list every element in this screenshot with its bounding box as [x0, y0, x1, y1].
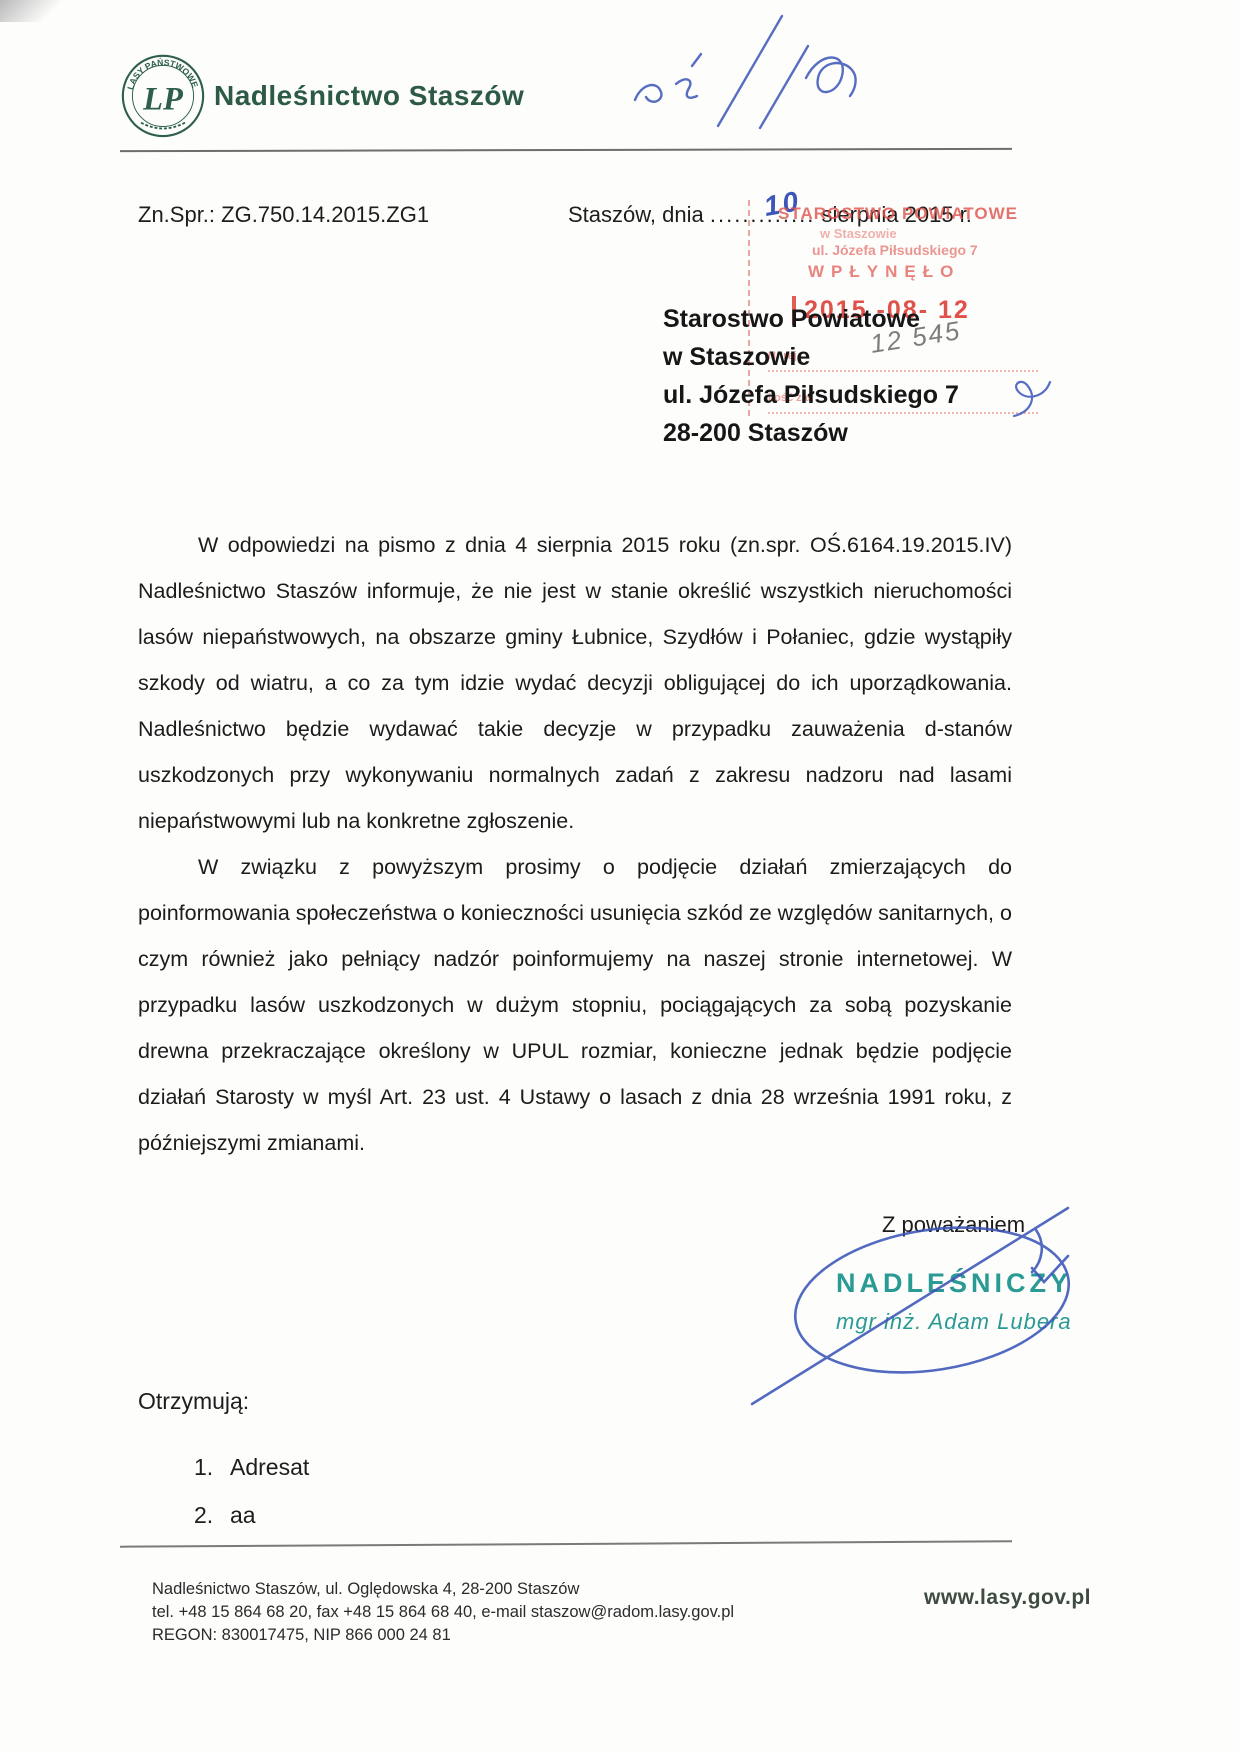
- recipient-line-1: Starostwo Powiatowe: [663, 300, 959, 338]
- letter-body: W odpowiedzi na pismo z dnia 4 sierpnia …: [138, 522, 1012, 1166]
- list-item-label: aa: [230, 1502, 256, 1528]
- footer-contact-block: Nadleśnictwo Staszów, ul. Oględowska 4, …: [152, 1578, 734, 1647]
- list-item-number: 1.: [194, 1443, 230, 1491]
- dateline-prefix: Staszów, dnia: [568, 202, 710, 227]
- list-item-number: 2.: [194, 1491, 230, 1539]
- reference-number: Zn.Spr.: ZG.750.14.2015.ZG1: [138, 202, 429, 228]
- footer-divider: [120, 1540, 1012, 1547]
- logo-monogram: LP: [142, 81, 184, 117]
- body-paragraph-2: W związku z powyższym prosimy o podjęcie…: [138, 844, 1012, 1166]
- stamp-received-word: WPŁYNĘŁO: [808, 262, 960, 282]
- logo-icon: LASY PAŃSTWOWE LP: [120, 50, 206, 140]
- recipient-address: Starostwo Powiatowe w Staszowie ul. Józe…: [663, 300, 959, 452]
- stamp-office-street: ul. Józefa Piłsudskiego 7: [812, 242, 978, 258]
- footer-regon-nip: REGON: 830017475, NIP 866 000 24 81: [152, 1624, 734, 1647]
- stamp-office-name: STAROSTWO POWIATOWE: [778, 204, 1018, 224]
- distribution-label: Otrzymują:: [138, 1388, 309, 1415]
- lasy-panstwowe-logo: LASY PAŃSTWOWE LP: [120, 50, 206, 140]
- list-item-label: Adresat: [230, 1454, 309, 1480]
- recipient-line-4: 28-200 Staszów: [663, 414, 959, 452]
- handwritten-paraph: [1008, 372, 1054, 422]
- list-item: 1.Adresat: [194, 1443, 309, 1491]
- recipient-line-3: ul. Józefa Piłsudskiego 7: [663, 376, 959, 414]
- handwritten-annotation: [610, 8, 890, 138]
- org-name: Nadleśnictwo Staszów: [214, 80, 524, 112]
- stamp-office-city: w Staszowie: [820, 226, 897, 241]
- footer-phone-email: tel. +48 15 864 68 20, fax +48 15 864 68…: [152, 1601, 734, 1624]
- header-divider: [120, 148, 1012, 152]
- recipient-line-2: w Staszowie: [663, 338, 959, 376]
- footer-address: Nadleśnictwo Staszów, ul. Oględowska 4, …: [152, 1578, 734, 1601]
- scan-edge-shadow: [0, 0, 70, 22]
- handwritten-signature: [736, 1172, 1086, 1422]
- scanned-letter-page: LASY PAŃSTWOWE LP Nadleśnictwo Staszów Z…: [0, 0, 1240, 1753]
- list-item: 2.aa: [194, 1491, 309, 1539]
- body-paragraph-1: W odpowiedzi na pismo z dnia 4 sierpnia …: [138, 522, 1012, 844]
- footer-website: www.lasy.gov.pl: [924, 1586, 1091, 1610]
- distribution-list: Otrzymują: 1.Adresat 2.aa: [138, 1388, 309, 1539]
